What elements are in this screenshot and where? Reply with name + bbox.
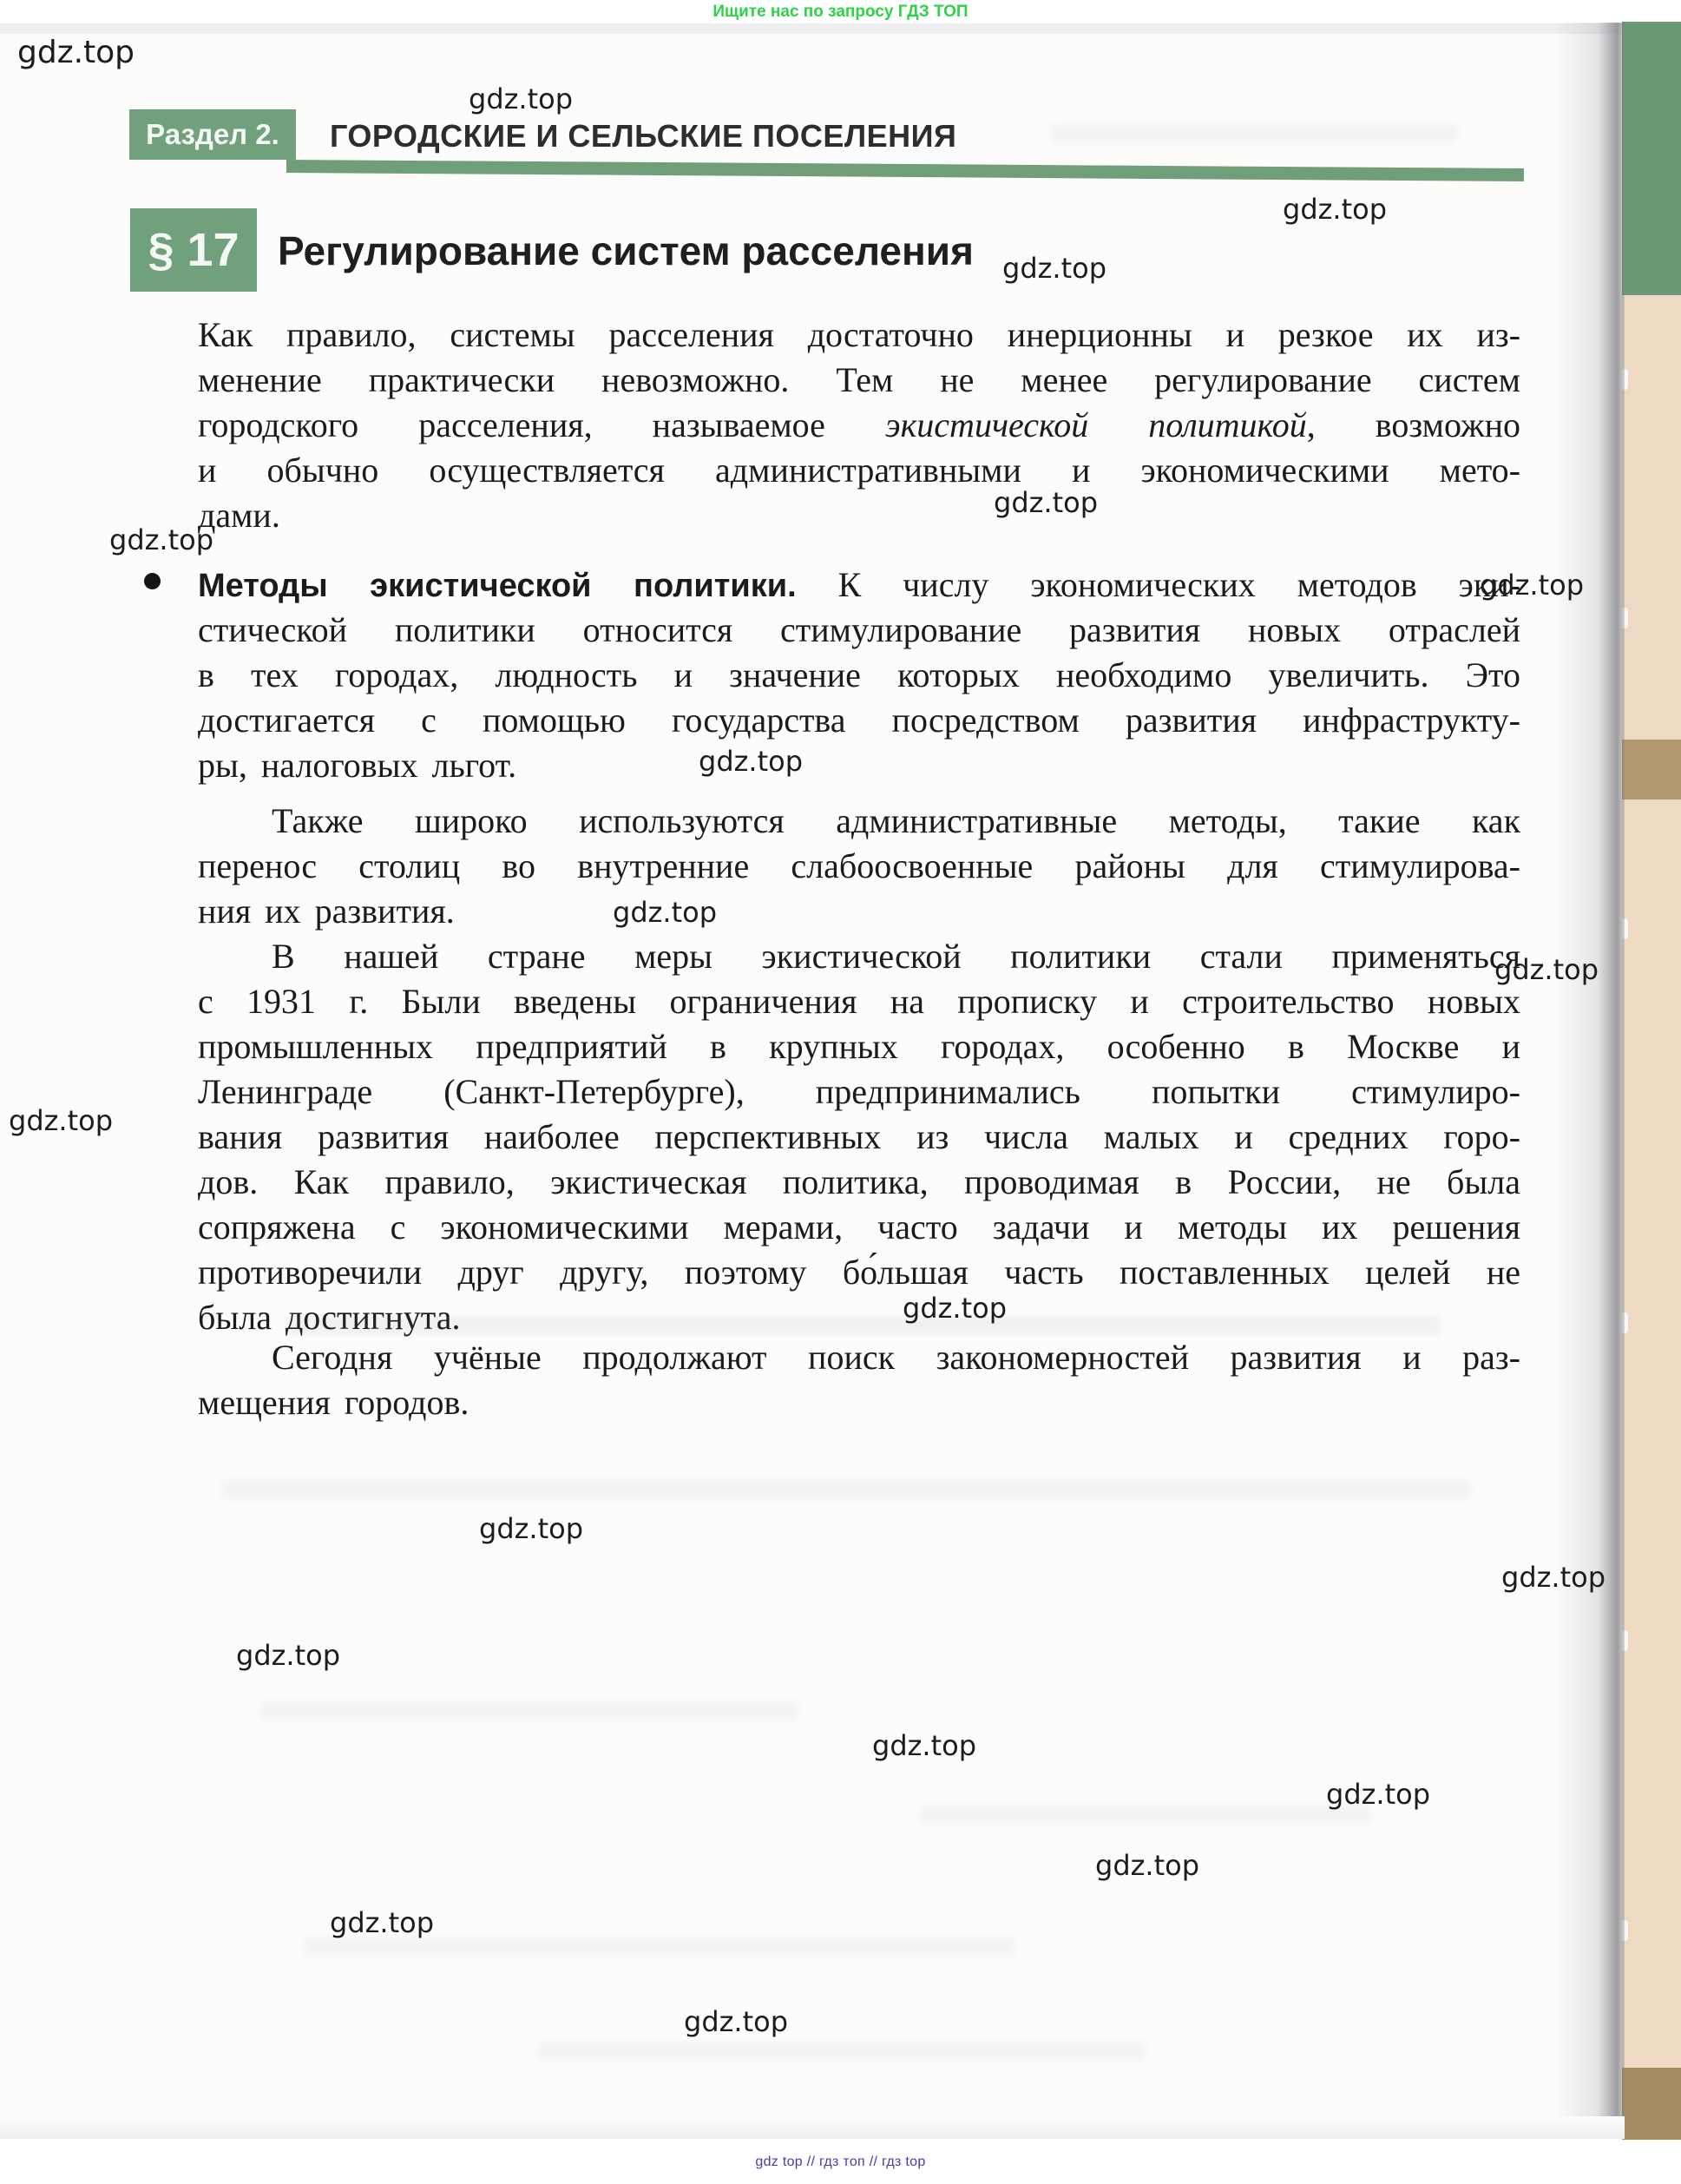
text-line: сопряжена с экономическими мерами, часто… xyxy=(198,1205,1520,1250)
gdz-watermark: gdz.top xyxy=(903,1292,1007,1325)
lesson-title: Регулирование систем расселения xyxy=(278,227,1493,274)
scanned-textbook-page: Ищите нас по запросу ГДЗ ТОП Раздел 2. Г… xyxy=(0,0,1681,2184)
gdz-watermark: gdz.top xyxy=(613,896,717,929)
section-number-badge: Раздел 2. xyxy=(129,109,296,160)
bleed-through-artifact xyxy=(304,1937,1015,1957)
text-line: с 1931 г. Были введены ограничения на пр… xyxy=(198,979,1520,1024)
text-line: вания развития наиболее перспективных из… xyxy=(198,1115,1520,1160)
text-line: ры, налоговых льгот. xyxy=(198,743,1520,788)
gdz-watermark: gdz.top xyxy=(479,1512,583,1545)
gdz-watermark: gdz.top xyxy=(1494,953,1599,986)
bleed-through-artifact xyxy=(920,1806,1371,1825)
text-line: городского расселения, называемое экисти… xyxy=(198,403,1520,448)
footer-promo-text: gdz top // гдз топ // гдз top xyxy=(0,2154,1681,2170)
bullet-marker xyxy=(144,573,161,589)
section-number-label: Раздел 2. xyxy=(146,118,279,151)
gdz-watermark: gdz.top xyxy=(109,523,213,556)
gdz-watermark: gdz.top xyxy=(684,2005,788,2038)
binding-strip-beige xyxy=(1622,799,1681,2068)
body-paragraph: Сегодня учёные продолжают поиск закономе… xyxy=(198,1335,1520,1425)
paragraph-number-label: § 17 xyxy=(148,223,239,277)
gdz-watermark: gdz.top xyxy=(872,1729,976,1762)
text-line: противоречили друг другу, поэтому бо́льш… xyxy=(198,1250,1520,1295)
text-line: промышленных предприятий в крупных город… xyxy=(198,1024,1520,1069)
gdz-watermark: gdz.top xyxy=(1501,1561,1605,1594)
text-line: мещения городов. xyxy=(198,1380,1520,1425)
text-line: дами. xyxy=(198,493,1520,538)
body-paragraph: Как правило, системы расселения достаточ… xyxy=(198,312,1520,538)
bleed-through-artifact xyxy=(538,2042,1146,2061)
gdz-watermark: gdz.top xyxy=(236,1639,340,1672)
text-line: Методы экистической политики. К числу эк… xyxy=(198,562,1520,608)
binding-strip-brown xyxy=(1622,740,1681,799)
text-line: ния их развития. xyxy=(198,889,1520,934)
text-line: дов. Как правило, экистическая политика,… xyxy=(198,1160,1520,1205)
text-line: Ленинграде (Санкт-Петербурге), предприни… xyxy=(198,1069,1520,1115)
page-top-edge-shadow xyxy=(0,23,1625,34)
text-line: достигается с помощью государства посред… xyxy=(198,698,1520,743)
gdz-watermark: gdz.top xyxy=(994,486,1098,519)
text-line: стической политики относится стимулирова… xyxy=(198,608,1520,653)
gdz-watermark: gdz.top xyxy=(469,82,573,115)
page-bottom-edge-shadow xyxy=(0,2116,1625,2139)
text-line: Как правило, системы расселения достаточ… xyxy=(198,312,1520,358)
gdz-watermark: gdz.top xyxy=(330,1906,434,1939)
paragraph-number-badge: § 17 xyxy=(130,208,257,292)
gdz-watermark: gdz.top xyxy=(1326,1778,1430,1811)
bleed-through-artifact xyxy=(286,1316,1441,1335)
binding-strip-green xyxy=(1622,22,1681,295)
body-paragraph-methods: Методы экистической политики. К числу эк… xyxy=(198,562,1520,788)
gdz-watermark: gdz.top xyxy=(1095,1849,1199,1882)
binding-strip-beige xyxy=(1622,295,1681,740)
text-line: В нашей стране меры экистической политик… xyxy=(198,934,1520,979)
text-line: и обычно осуществляется административным… xyxy=(198,448,1520,493)
body-paragraph: Также широко используются административн… xyxy=(198,799,1520,934)
bleed-through-artifact xyxy=(260,1701,798,1720)
text-line: Также широко используются административн… xyxy=(198,799,1520,844)
gdz-watermark: gdz.top xyxy=(9,1104,113,1137)
bleed-through-artifact xyxy=(1050,124,1458,143)
page-gutter-shadow xyxy=(1553,23,1625,2137)
text-line: перенос столиц во внутренние слабоосвоен… xyxy=(198,844,1520,889)
text-line: менение практически невозможно. Тем не м… xyxy=(198,358,1520,403)
binding-strip-brown xyxy=(1622,2068,1681,2140)
text-line: Сегодня учёные продолжают поиск закономе… xyxy=(198,1335,1520,1380)
gdz-watermark: gdz.top xyxy=(1002,252,1106,285)
promo-search-text: Ищите нас по запросу ГДЗ ТОП xyxy=(0,3,1681,22)
bleed-through-artifact xyxy=(221,1480,1471,1499)
text-line: в тех городах, людность и значение котор… xyxy=(198,653,1520,698)
gdz-watermark: gdz.top xyxy=(1283,193,1387,226)
body-paragraph: В нашей стране меры экистической политик… xyxy=(198,934,1520,1340)
gdz-watermark: gdz.top xyxy=(1480,569,1584,602)
gdz-watermark: gdz.top xyxy=(699,745,803,778)
gdz-watermark: gdz.top xyxy=(17,35,135,70)
